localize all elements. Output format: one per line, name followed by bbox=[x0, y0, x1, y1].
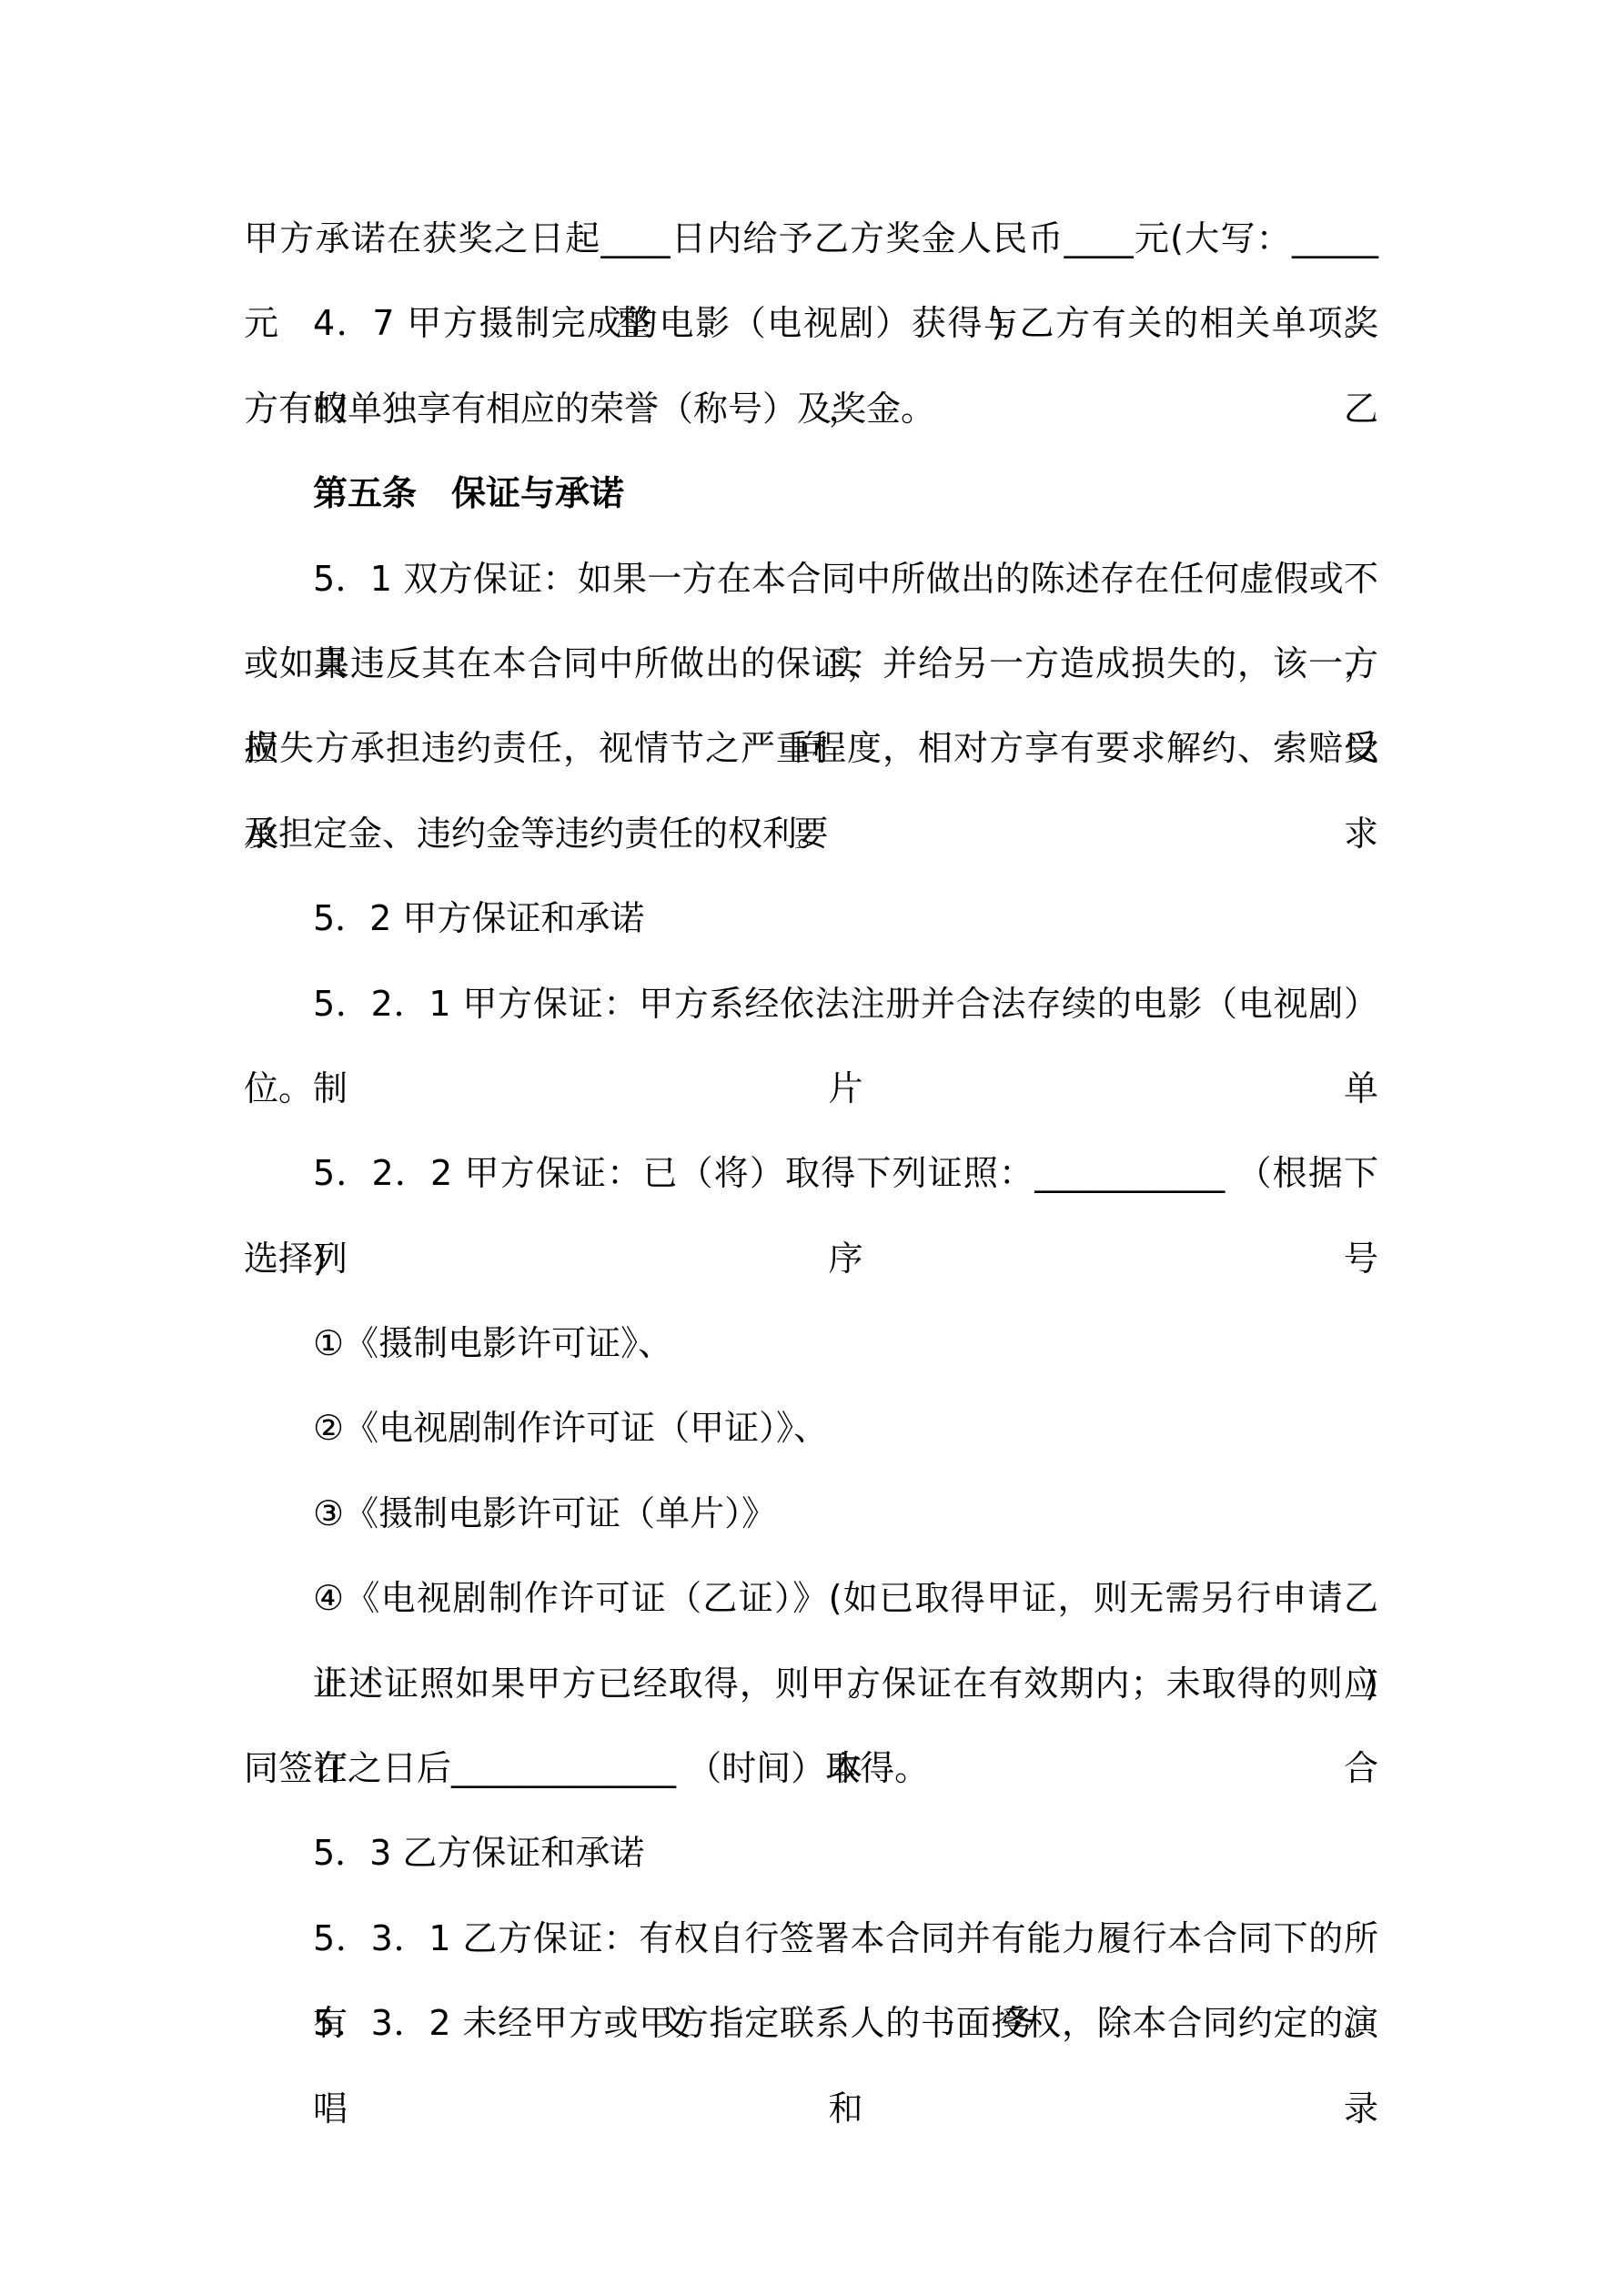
clause-4-7-line-1: 4．7 甲方摄制完成的电影（电视剧）获得与乙方有关的相关单项奖的，乙 bbox=[244, 281, 1378, 366]
clause-5-2-heading: 5．2 甲方保证和承诺 bbox=[244, 876, 1378, 961]
section-5-heading: 第五条 保证与承诺 bbox=[244, 451, 1378, 536]
clause-5-1-line-1: 5．1 双方保证：如果一方在本合同中所做出的陈述存在任何虚假或不真实， bbox=[244, 537, 1378, 622]
clause-4-6-award-payment-line: 甲方承诺在获奖之日起____日内给予乙方奖金人民币____元(大写：_____元… bbox=[244, 197, 1378, 281]
license-item-1: ①《摄制电影许可证》、 bbox=[244, 1301, 1378, 1386]
license-item-4: ④《电视剧制作许可证（乙证）》(如已取得甲证，则无需另行申请乙证。) bbox=[244, 1556, 1378, 1641]
clause-5-3-1-line: 5．3．1 乙方保证：有权自行签署本合同并有能力履行本合同下的所有义务。 bbox=[244, 1896, 1378, 1981]
contract-document-page: 甲方承诺在获奖之日起____日内给予乙方奖金人民币____元(大写：_____元… bbox=[0, 0, 1624, 2296]
license-item-2: ②《电视剧制作许可证（甲证）》、 bbox=[244, 1386, 1378, 1471]
clause-5-2-1-line-1: 5．2．1 甲方保证：甲方系经依法注册并合法存续的电影（电视剧）制片单 bbox=[244, 962, 1378, 1047]
license-note-line-1: 上述证照如果甲方已经取得，则甲方保证在有效期内；未取得的则应在本合 bbox=[244, 1642, 1378, 1726]
clause-5-1-line-2: 或如果违反其在本合同中所做出的保证，并给另一方造成损失的，该一方应向受 bbox=[244, 622, 1378, 706]
license-item-3: ③《摄制电影许可证（单片）》 bbox=[244, 1472, 1378, 1556]
clause-5-3-2-line: 5．3．2 未经甲方或甲方指定联系人的书面授权，除本合同约定的演唱和录 bbox=[244, 1981, 1378, 2066]
clause-5-2-2-line-1: 5．2．2 甲方保证：已（将）取得下列证照：___________ （根据下列序… bbox=[244, 1131, 1378, 1216]
clause-5-1-line-3: 损失方承担违约责任，视情节之严重程度，相对方享有要求解约、索赔以及要求 bbox=[244, 706, 1378, 791]
clause-5-3-heading: 5．3 乙方保证和承诺 bbox=[244, 1811, 1378, 1896]
contract-text-block: 甲方承诺在获奖之日起____日内给予乙方奖金人民币____元(大写：_____元… bbox=[244, 197, 1378, 2067]
